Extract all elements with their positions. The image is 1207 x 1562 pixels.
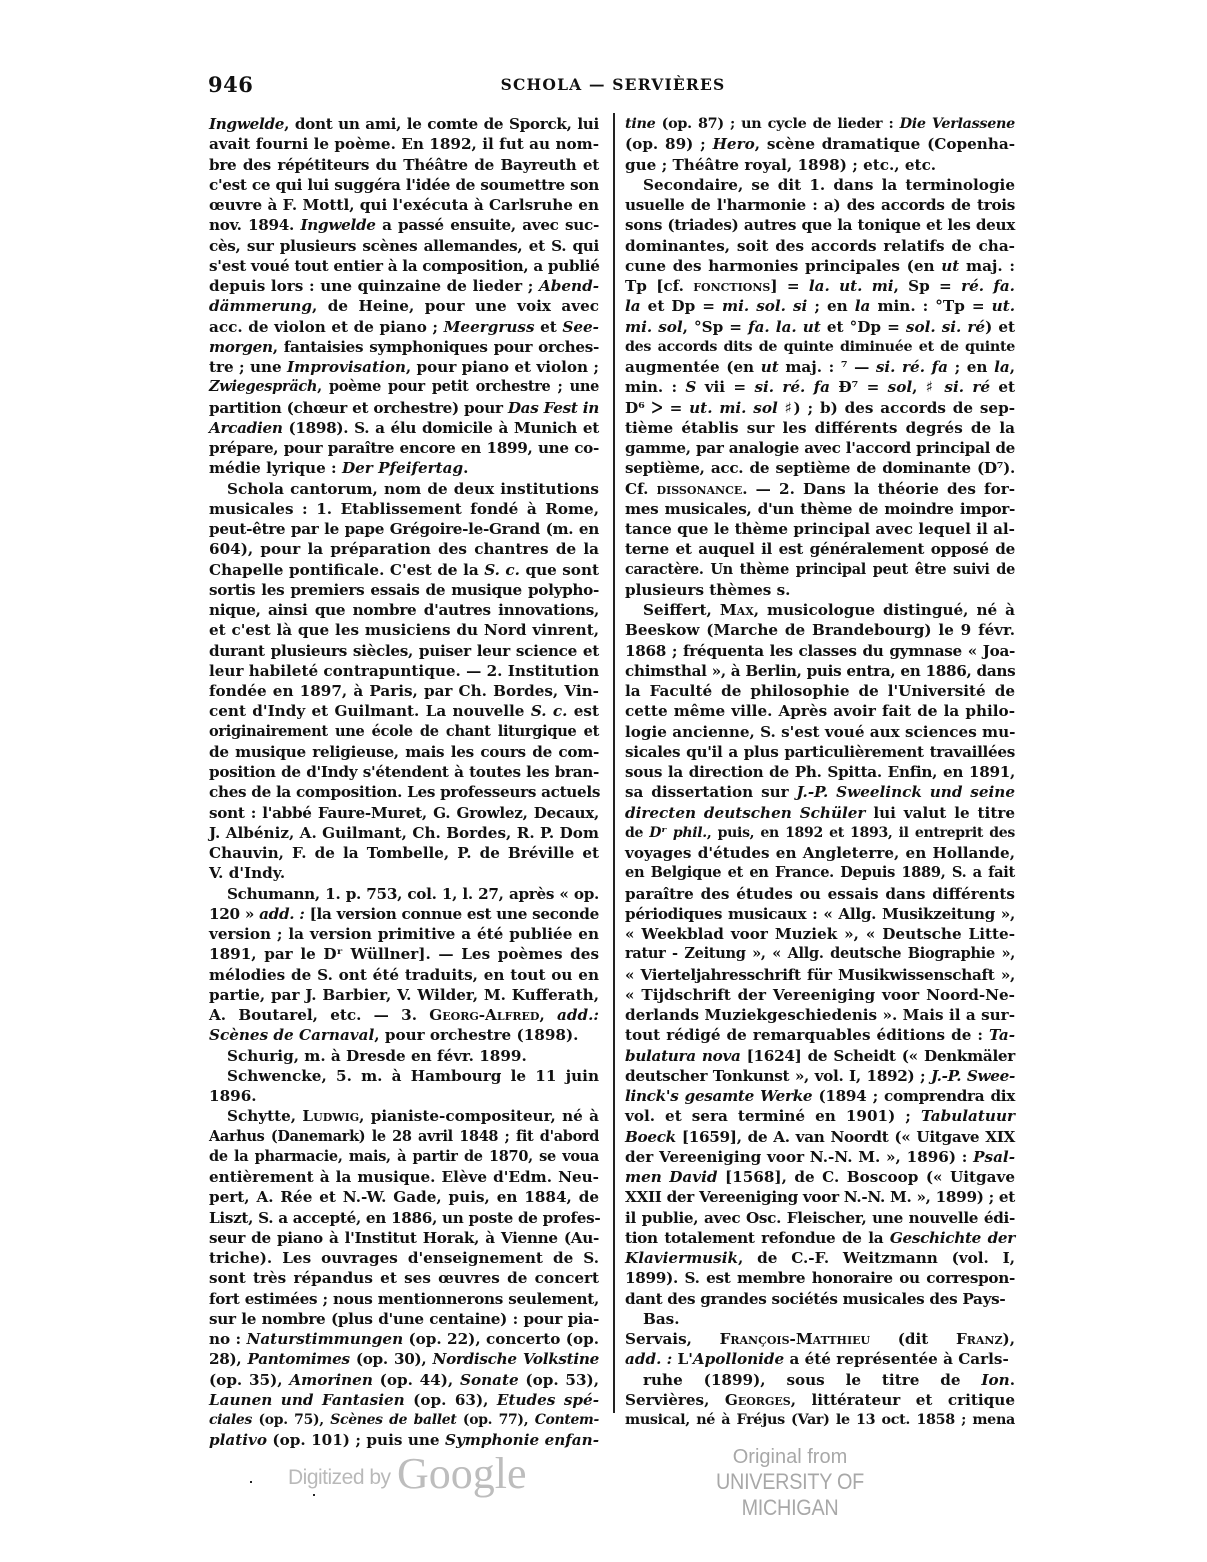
text-line: 1896. <box>209 1086 599 1106</box>
text-run: , poème pour petit orchestre ; une <box>317 378 599 395</box>
text-run: de <box>625 825 649 841</box>
text-run: logie ancienne, S. s'est voué aux scienc… <box>625 723 1015 741</box>
text-line: A. Boutarel, etc. — 3. Georg-Alfred, add… <box>209 1005 599 1025</box>
text-line: avait fourni le poème. En 1892, il fut a… <box>209 134 599 154</box>
text-line: Schurig, m. à Dresde en févr. 1899. <box>209 1046 599 1066</box>
text-run: Beeskow (Marche de Brandebourg) le 9 fév… <box>625 621 1015 639</box>
text-run: « Weekblad voor Muziek », « Deutsche Lit… <box>625 925 1015 943</box>
text-run: si. ré. fa <box>754 378 830 396</box>
text-run: sa dissertation sur <box>625 783 797 801</box>
text-line: durant plusieurs siècles, puiser leur sc… <box>209 641 599 661</box>
text-run: Sonate <box>460 1371 519 1389</box>
text-run: min. : °Tp = <box>870 297 991 315</box>
text-line: deutscher Tonkunst », vol. I, 1892) ; J.… <box>625 1066 1015 1086</box>
text-run: œuvre à F. Mottl, qui l'exécuta à Carlsr… <box>209 196 599 214</box>
text-line: prépare, pour paraître encore en 1899, u… <box>209 438 599 458</box>
text-line: sur le nombre (plus d'une centaine) : po… <box>209 1309 599 1329</box>
text-line: gue ; Théâtre royal, 1898) ; etc., etc. <box>625 155 1015 175</box>
text-line: bulatura nova [1624] de Scheidt (« Denkm… <box>625 1046 1015 1066</box>
text-run: , <box>687 1330 720 1348</box>
entry-headword: Servières <box>625 1391 704 1409</box>
text-run: 1868 ; fréquenta les classes du gymnase … <box>625 642 1015 660</box>
text-run: version ; la version primitive a été pub… <box>209 925 599 943</box>
text-run: seur de piano à l'Institut Horak, à Vien… <box>209 1229 599 1247</box>
entry-headword: Schumann <box>227 885 315 903</box>
entry-headword: Servais <box>625 1330 687 1348</box>
text-line: Seiffert, Max, musicologue distingué, né… <box>625 600 1015 620</box>
text-run: Ludwig <box>302 1107 359 1125</box>
text-line: sont : l'abbé Faure-Muret, G. Growlez, D… <box>209 803 599 823</box>
text-run: lui valut le titre <box>865 804 1015 822</box>
text-run: c'est ce qui lui suggéra l'idée de soume… <box>209 176 599 194</box>
text-line: triche). Les ouvrages d'enseignement de … <box>209 1248 599 1268</box>
text-run: si. ré. fa <box>876 358 948 376</box>
text-run: S. c. <box>484 561 520 579</box>
text-line: gamme, par analogie avec l'accord princi… <box>625 438 1015 458</box>
text-run: sicales qu'il a plus particulièrement tr… <box>625 743 1015 761</box>
text-line: c'est ce qui lui suggéra l'idée de soume… <box>209 175 599 195</box>
text-run: durant plusieurs siècles, puiser leur sc… <box>209 642 599 660</box>
text-line: peut-être par le pape Grégoire-le-Grand … <box>209 519 599 539</box>
text-run: si. ré <box>944 378 990 396</box>
text-run: ut <box>761 358 779 376</box>
text-run: (dit <box>870 1330 956 1348</box>
text-line: « Vierteljahresschrift für Musikwissensc… <box>625 965 1015 985</box>
text-line: la Faculté de philosophie de l'Universit… <box>625 681 1015 701</box>
text-line: Schola cantorum, nom de deux institution… <box>209 479 599 499</box>
text-run: mélodies de S. ont été traduits, en tout… <box>209 966 599 984</box>
text-line: partie, par J. Barbier, V. Wilder, M. Ku… <box>209 985 599 1005</box>
text-line: fort estimées ; nous mentionnerons seule… <box>209 1289 599 1309</box>
text-run: augmentée (en <box>625 358 761 376</box>
text-line: usuelle de l'harmonie : a) des accords d… <box>625 195 1015 215</box>
text-line: D⁶ ᐳ = ut. mi. sol ♯) ; b) des accords d… <box>625 398 1015 418</box>
text-run: Boeck <box>625 1128 676 1146</box>
text-run: paraître des études ou essais dans diffé… <box>625 885 1015 903</box>
text-run: bulatura nova <box>625 1047 741 1065</box>
text-line: cès, sur plusieurs scènes allemandes, et… <box>209 236 599 256</box>
text-run: (op. 89) ; <box>625 135 713 153</box>
text-run: A. Boutarel, etc. — 3. <box>209 1006 429 1024</box>
text-run: [la version connue est une seconde <box>305 905 599 923</box>
text-line: J. Albéniz, A. Guilmant, Ch. Bordes, R. … <box>209 823 599 843</box>
text-run: , fantaisies symphoniques pour orches- <box>273 338 599 356</box>
text-line: Chauvin, F. de la Tombelle, P. de Brévil… <box>209 843 599 863</box>
text-line: augmentée (en ut maj. : ⁷ — si. ré. fa ;… <box>625 357 1015 377</box>
text-line: tout rédigé de remarquables éditions de … <box>625 1025 1015 1045</box>
text-run: J.-P. Sweelinck und seine <box>797 783 1015 801</box>
text-run: François-Matthieu <box>720 1330 870 1348</box>
text-run: (op. 44), <box>373 1371 460 1389</box>
text-line: caractère. Un thème principal peut être … <box>625 560 1015 580</box>
text-run: Georges <box>725 1391 791 1409</box>
text-run: Georg-Alfred <box>429 1006 539 1024</box>
text-run: (op. 53), <box>519 1371 599 1389</box>
text-run: Naturstimmungen <box>246 1330 403 1348</box>
text-line: (op. 89) ; Hero, scène dramatique (Copen… <box>625 134 1015 154</box>
text-line: voyages d'études en Angleterre, en Holla… <box>625 843 1015 863</box>
text-run: tance que le thème principal avec lequel… <box>625 520 1015 538</box>
text-run: s'est voué tout entier à la composition,… <box>209 257 600 275</box>
google-watermark: Digitized by Google <box>288 1448 527 1499</box>
text-run: [1624] de Scheidt (« Denkmäler <box>741 1047 1015 1065</box>
text-run: mi. sol. si <box>722 297 807 315</box>
text-line: Arcadien (1898). S. a élu domicile à Mun… <box>209 418 599 438</box>
text-run: ratur - Zeitung », « Allg. deutsche Biog… <box>625 945 1015 962</box>
text-run: fort estimées ; nous mentionnerons seule… <box>209 1290 599 1308</box>
text-run: (op. 22), concerto (op. <box>403 1330 599 1348</box>
text-line: fondée en 1897, à Paris, par Ch. Bordes,… <box>209 681 599 701</box>
text-run: tout rédigé de remarquables éditions de … <box>625 1026 989 1044</box>
text-line: ratur - Zeitung », « Allg. deutsche Biog… <box>625 944 1015 964</box>
text-line: musical, né à Fréjus (Var) le 13 oct. 18… <box>625 1410 1015 1430</box>
text-run: la. ut. mi <box>809 277 894 295</box>
digitized-by-label: Digitized by <box>288 1466 391 1489</box>
text-line: plusieurs thèmes s. <box>625 580 1015 600</box>
text-run: sol <box>888 378 912 396</box>
text-line: ches de la composition. Les professeurs … <box>209 782 599 802</box>
text-line: en Belgique et en France. Depuis 1889, S… <box>625 863 1015 883</box>
text-run: Amorinen <box>289 1371 373 1389</box>
text-line: Boeck [1659], de A. van Noordt (« Uitgav… <box>625 1127 1015 1147</box>
text-run: Chapelle pontificale. C'est de la <box>209 561 484 579</box>
text-run: et °Dp = <box>821 318 906 336</box>
text-run: morgen <box>209 338 273 356</box>
text-run: ut. mi. sol <box>689 399 778 417</box>
text-run: Cf. <box>625 480 657 498</box>
text-line: tre ; une Improvisation, pour piano et v… <box>209 357 599 377</box>
text-run: Nordische Volkstine <box>433 1350 599 1368</box>
text-line: sous la direction de Ph. Spitta. Enfin, … <box>625 762 1015 782</box>
text-line: vol. et sera terminé en 1901) ; Tabulatu… <box>625 1106 1015 1126</box>
text-run: Arcadien <box>209 419 283 437</box>
text-line: dominantes, soit des accords relatifs de… <box>625 236 1015 256</box>
text-run: add. : <box>259 905 305 923</box>
text-run: tion totalement refondue de la <box>625 1229 890 1247</box>
text-run: Pantomimes <box>248 1350 350 1368</box>
text-line: Cf. dissonance. — 2. Dans la théorie des… <box>625 479 1015 499</box>
text-run: (op. 87) ; un cycle de lieder : <box>655 116 899 132</box>
text-run: ches de la composition. Les professeurs … <box>209 783 600 801</box>
text-run: caractère. Un thème principal peut être … <box>625 561 1015 578</box>
text-line: depuis lors : une quinzaine de lieder ; … <box>209 276 599 296</box>
text-run: peut-être par le pape Grégoire-le-Grand … <box>209 520 599 538</box>
text-line: périodiques musicaux : « Allg. Musikzeit… <box>625 904 1015 924</box>
text-run: , 1. p. 753, col. 1, l. 27, après « op. <box>315 885 599 903</box>
text-line: 1868 ; fréquenta les classes du gymnase … <box>625 641 1015 661</box>
text-run: musicales : 1. Etablissement fondé à Rom… <box>209 500 599 518</box>
text-run: , se dit 1. dans la terminologie <box>738 176 1015 194</box>
text-line: mi. sol, °Sp = fa. la. ut et °Dp = sol. … <box>625 317 1015 337</box>
text-run: , Sp = <box>894 277 962 295</box>
text-run: et <box>535 318 563 336</box>
text-run: que sont <box>520 561 599 579</box>
text-run: la <box>994 358 1010 376</box>
text-run: cune des harmonies principales (en <box>625 257 941 275</box>
text-run: der Vereeniging voor N.-N. M. », 1896) : <box>625 1148 973 1166</box>
text-line: mes musicales, d'un thème de moindre imp… <box>625 499 1015 519</box>
text-line: derlands Muziekgeschiedenis ». Mais il a… <box>625 1005 1015 1025</box>
text-run: (1898). S. a élu domicile à Munich et <box>283 419 599 437</box>
text-line: sortis les premiers essais de musique po… <box>209 580 599 600</box>
text-run: Tp [cf. <box>625 277 693 295</box>
text-run: . <box>1010 1371 1015 1389</box>
text-run: nique, ainsi que nombre d'autres innovat… <box>209 601 599 619</box>
text-run: , musicologue distingué, né à <box>754 601 1015 619</box>
text-run: en Belgique et en France. Depuis 1889, S… <box>625 864 1015 881</box>
text-run: Etudes spé- <box>497 1391 599 1409</box>
text-run: Klaviermusik <box>625 1249 738 1267</box>
text-line: de Dʳ phil., puis, en 1892 et 1893, il e… <box>625 823 1015 843</box>
text-line: men David [1568], de C. Boscoop (« Uitga… <box>625 1167 1015 1187</box>
text-line: acc. de violon et de piano ; Meergruss e… <box>209 317 599 337</box>
text-line: sicales qu'il a plus particulièrement tr… <box>625 742 1015 762</box>
text-run: Ingwelde <box>209 115 284 133</box>
text-run: (op. 35), <box>209 1371 289 1389</box>
text-run: Scènes de ballet <box>330 1412 456 1428</box>
text-line: position de d'Indy s'étendent à toutes l… <box>209 762 599 782</box>
text-line: version ; la version primitive a été pub… <box>209 924 599 944</box>
text-line: tine (op. 87) ; un cycle de lieder : Die… <box>625 114 1015 134</box>
text-run: Apollonide <box>693 1350 784 1368</box>
text-run: position de d'Indy s'étendent à toutes l… <box>209 763 599 781</box>
text-run: dissonance <box>657 480 743 498</box>
text-run: a passé ensuite, avec suc- <box>376 216 599 234</box>
text-line: Servières, Georges, littérateur et criti… <box>625 1390 1015 1410</box>
text-run: partie, par J. Barbier, V. Wilder, M. Ku… <box>209 986 599 1004</box>
text-line: Servais, François-Matthieu (dit Franz), <box>625 1329 1015 1349</box>
text-run: , scène dramatique (Copenha- <box>755 135 1015 153</box>
text-run: la Faculté de philosophie de l'Universit… <box>625 682 1015 700</box>
text-run: Geschichte der <box>890 1229 1015 1247</box>
text-line: dant des grandes sociétés musicales des … <box>625 1289 1015 1309</box>
entry-headword: Schytte <box>227 1107 291 1125</box>
text-run: ; en <box>948 358 994 376</box>
scan-speck <box>313 1494 315 1496</box>
text-run: fa. la. ut <box>748 318 821 336</box>
text-run: est <box>567 702 599 720</box>
text-run: pert, A. Rée et N.-W. Gade, puis, en 188… <box>209 1188 599 1206</box>
text-line: pert, A. Rée et N.-W. Gade, puis, en 188… <box>209 1187 599 1207</box>
text-run: . — 2. Dans la théorie des for- <box>742 480 1015 498</box>
text-line: Chapelle pontificale. C'est de la S. c. … <box>209 560 599 580</box>
text-run: , de C.-F. Weitzmann (vol. I, <box>738 1249 1015 1267</box>
text-run: avait fourni le poème. En 1892, il fut a… <box>209 135 599 153</box>
text-line: musicales : 1. Etablissement fondé à Rom… <box>209 499 599 519</box>
text-run: triche). Les ouvrages d'enseignement de … <box>209 1249 599 1267</box>
text-run: ] = <box>770 277 809 295</box>
text-line: min. : S vii = si. ré. fa Đ⁷ = sol, ♯ si… <box>625 377 1015 397</box>
text-run: ruhe (1899), sous le titre de <box>643 1371 981 1389</box>
text-run: sous la direction de Ph. Spitta. Enfin, … <box>625 763 1015 781</box>
text-run: tine <box>625 116 655 132</box>
text-run: [1568], de C. Boscoop (« Uitgave <box>717 1168 1015 1186</box>
text-run: septième, acc. de septième de dominante … <box>625 459 1015 477</box>
institution-name: UNIVERSITY OF MICHIGAN <box>673 1469 907 1521</box>
source-watermark: Original from UNIVERSITY OF MICHIGAN <box>660 1446 920 1521</box>
text-run: tième établis sur les différents degrés … <box>625 419 1015 437</box>
text-line: no : Naturstimmungen (op. 22), concerto … <box>209 1329 599 1349</box>
text-run: Liszt, S. a accepté, en 1886, un poste d… <box>209 1209 600 1227</box>
text-run: , pour orchestre (1898). <box>374 1026 578 1044</box>
text-run: ; en <box>807 297 854 315</box>
text-run: sol. si. ré <box>906 318 985 336</box>
text-line: Klaviermusik, de C.-F. Weitzmann (vol. I… <box>625 1248 1015 1268</box>
text-line: add. : L'Apollonide a été représentée à … <box>625 1349 1015 1369</box>
text-run: musical, né à Fréjus (Var) le 13 oct. 18… <box>625 1412 1015 1428</box>
text-run: Tabulatuur <box>921 1107 1015 1125</box>
text-run: (op. 63), <box>405 1391 497 1409</box>
text-line: Schwencke, 5. m. à Hambourg le 11 juin <box>209 1066 599 1086</box>
text-line: entièrement à la musique. Elève d'Edm. N… <box>209 1167 599 1187</box>
text-run: cent d'Indy et Guilmant. La nouvelle <box>209 702 531 720</box>
text-run: Max <box>720 601 754 619</box>
text-run: et <box>990 378 1015 396</box>
text-line: leur habileté contrapuntique. — 2. Insti… <box>209 661 599 681</box>
text-run: min. : <box>625 378 685 396</box>
text-run: , de Heine, pour une voix avec <box>312 297 599 315</box>
text-line: Launen und Fantasien (op. 63), Etudes sp… <box>209 1390 599 1410</box>
text-run: gamme, par analogie avec l'accord princi… <box>625 439 1015 457</box>
text-run: Ta- <box>989 1026 1015 1044</box>
text-line: nique, ainsi que nombre d'autres innovat… <box>209 600 599 620</box>
text-run: See- <box>562 318 599 336</box>
text-run: men David <box>625 1168 717 1186</box>
text-run: V. d'Indy. <box>209 864 285 882</box>
text-line: sont très répandus et ses œuvres de conc… <box>209 1268 599 1288</box>
text-run: Contem- <box>535 1412 599 1428</box>
text-run: cès, sur plusieurs scènes allemandes, et… <box>209 237 599 255</box>
text-run: (op. 30), <box>350 1350 433 1368</box>
text-line: Scènes de Carnaval, pour orchestre (1898… <box>209 1025 599 1045</box>
text-line: des accords dits de quinte diminuée et d… <box>625 337 1015 357</box>
text-run: , dont un ami, le comte de Sporck, lui <box>284 115 599 133</box>
text-line: cune des harmonies principales (en ut ma… <box>625 256 1015 276</box>
text-run: , 5. m. à Hambourg le 11 juin <box>321 1067 599 1085</box>
running-head: SCHOLA — SERVIÈRES <box>208 75 1018 94</box>
text-line: la et Dp = mi. sol. si ; en la min. : °T… <box>625 296 1015 316</box>
text-line: morgen, fantaisies symphoniques pour orc… <box>209 337 599 357</box>
text-line: Liszt, S. a accepté, en 1886, un poste d… <box>209 1208 599 1228</box>
text-line: directen deutschen Schüler lui valut le … <box>625 803 1015 823</box>
text-run: Bas. <box>643 1310 680 1328</box>
entry-headword: Secondaire <box>643 176 738 194</box>
text-run: de musique religieuse, mais les cours de… <box>209 743 599 761</box>
text-run: J. Albéniz, A. Guilmant, Ch. Bordes, R. … <box>209 824 599 842</box>
text-run: acc. de violon et de piano ; <box>209 318 444 336</box>
text-run: maj. : <box>959 257 1015 275</box>
text-run: sons (triades) autres que la tonique et … <box>625 216 1015 234</box>
text-run: L' <box>672 1350 693 1368</box>
text-line: tion totalement refondue de la Geschicht… <box>625 1228 1015 1248</box>
text-line: Schumann, 1. p. 753, col. 1, l. 27, aprè… <box>209 884 599 904</box>
text-run: . <box>463 459 468 477</box>
text-line: bre des répétiteurs du Théâtre de Bayreu… <box>209 155 599 175</box>
text-run: deutscher Tonkunst », vol. I, 1892) ; <box>625 1067 931 1085</box>
text-run: entièrement à la musique. Elève d'Edm. N… <box>209 1168 599 1186</box>
text-line: linck's gesamte Werke (1894 ; comprendra… <box>625 1086 1015 1106</box>
text-line: (op. 35), Amorinen (op. 44), Sonate (op.… <box>209 1370 599 1390</box>
text-line: originairement une école de chant liturg… <box>209 722 599 742</box>
text-run: 604), pour la préparation des chantres d… <box>209 540 599 558</box>
text-run: add. : <box>625 1350 672 1368</box>
digitization-footer: Digitized by Google Original from UNIVER… <box>230 1440 970 1510</box>
scan-speck <box>250 1481 252 1483</box>
text-line: 604), pour la préparation des chantres d… <box>209 539 599 559</box>
text-run: sur le nombre (plus d'une centaine) : po… <box>209 1310 599 1328</box>
text-run: Abend- <box>539 277 599 295</box>
text-line: s'est voué tout entier à la composition,… <box>209 256 599 276</box>
text-run: Đ⁷ = <box>830 378 888 396</box>
text-run: Der Pfeifertag <box>342 459 463 477</box>
text-run: Zwiegespräch <box>209 378 317 395</box>
text-line: il publie, avec Osc. Fleischer, une nouv… <box>625 1208 1015 1228</box>
text-run: ), <box>1003 1330 1015 1348</box>
text-line: Schytte, Ludwig, pianiste-compositeur, n… <box>209 1106 599 1126</box>
text-run: dämmerung <box>209 297 312 315</box>
text-run: , littérateur et critique <box>791 1391 1015 1409</box>
text-run: « Vierteljahresschrift für Musikwissensc… <box>625 966 1015 984</box>
text-line: 28), Pantomimes (op. 30), Nordische Volk… <box>209 1349 599 1369</box>
text-run: Franz <box>956 1330 1003 1348</box>
text-run: vol. et sera terminé en 1901) ; <box>625 1107 921 1125</box>
text-run: directen deutschen Schüler <box>625 804 865 822</box>
text-run: médie lyrique : <box>209 459 342 477</box>
text-run: 1896. <box>209 1087 257 1105</box>
text-run: J.-P. Swee- <box>931 1067 1015 1085</box>
text-run: dominantes, soit des accords relatifs de… <box>625 237 1015 255</box>
text-run: ciales <box>209 1412 252 1428</box>
text-run: , °Sp = <box>683 318 748 336</box>
left-column: Ingwelde, dont un ami, le comte de Sporc… <box>209 114 599 1451</box>
entry-headword: Schurig <box>227 1047 294 1065</box>
text-run: , puis, en 1892 et 1893, il entreprit de… <box>707 825 1015 841</box>
text-run: mes musicales, d'un thème de moindre imp… <box>625 500 1015 518</box>
text-run: fonctions <box>693 277 770 295</box>
text-run: Dʳ phil. <box>649 825 707 841</box>
text-line: 1899). S. est membre honoraire ou corres… <box>625 1268 1015 1288</box>
text-run: 1899). S. est membre honoraire ou corres… <box>625 1269 1015 1287</box>
text-run: , <box>539 1006 557 1024</box>
text-line: 1891, par le Dʳ Wüllner]. — Les poèmes d… <box>209 944 599 964</box>
text-run: Die Verlassene <box>900 116 1015 132</box>
text-run: Ingwelde <box>300 216 375 234</box>
text-line: et c'est là que les musiciens du Nord vi… <box>209 620 599 640</box>
text-run: , <box>1010 358 1015 376</box>
text-run: (1894 ; comprendra dix <box>812 1087 1015 1105</box>
text-run: Das Fest in <box>508 399 599 417</box>
page-header: 946 SCHOLA — SERVIÈRES <box>208 72 1018 98</box>
text-run: , ♯ <box>912 378 944 396</box>
text-run: ré. fa. <box>961 277 1015 295</box>
text-run: Psal- <box>973 1148 1015 1166</box>
text-run: Meergruss <box>444 318 535 336</box>
entry-headword: Schwencke <box>227 1067 321 1085</box>
text-run: des accords dits de quinte diminuée et d… <box>625 339 1015 355</box>
text-line: chimsthal », à Berlin, puis entra, en 18… <box>625 661 1015 681</box>
text-run: la <box>855 297 871 315</box>
text-run: et Dp = <box>641 297 722 315</box>
text-line: cette même ville. Après avoir fait de la… <box>625 701 1015 721</box>
right-column: tine (op. 87) ; un cycle de lieder : Die… <box>625 114 1015 1430</box>
column-divider <box>613 113 615 1413</box>
text-run: sont très répandus et ses œuvres de conc… <box>209 1269 599 1287</box>
text-run: terne et auquel il est généralement oppo… <box>625 540 1015 558</box>
original-from-label: Original from <box>660 1446 920 1469</box>
text-run: cette même ville. Après avoir fait de la… <box>625 702 1015 720</box>
text-line: cent d'Indy et Guilmant. La nouvelle S. … <box>209 701 599 721</box>
text-run: bre des répétiteurs du Théâtre de Bayreu… <box>209 156 599 174</box>
